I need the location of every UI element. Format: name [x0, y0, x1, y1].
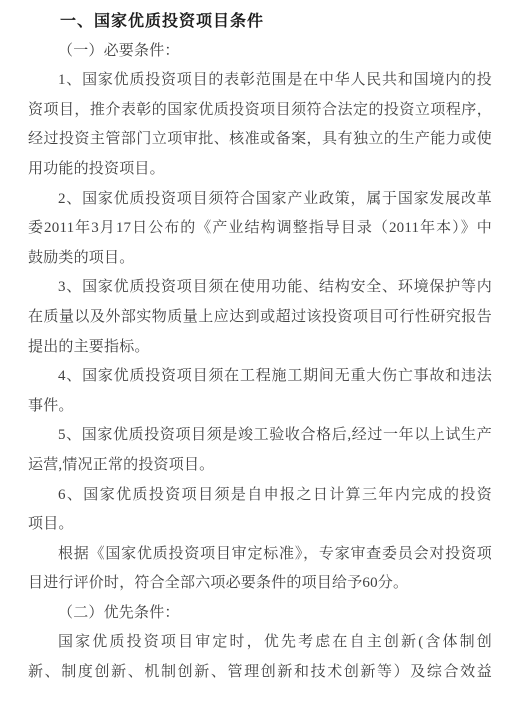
section-heading: 一、国家优质投资项目条件	[28, 7, 492, 37]
subsection-heading: （一）必要条件：	[28, 37, 492, 67]
text-line: 5、国家优质投资项目须是竣工验收合格后,经过一年以上试生产	[28, 421, 492, 451]
text-line: 目进行评价时，符合全部六项必要条件的项目给予60分。	[28, 569, 492, 599]
text-line: 资项目，推介表彰的国家优质投资项目须符合法定的投资立项程序，	[28, 96, 492, 126]
text-line: 新、制度创新、机制创新、管理创新和技术创新等）及综合效益	[28, 658, 492, 688]
text-line: 4、国家优质投资项目须在工程施工期间无重大伤亡事故和违法	[28, 362, 492, 392]
paragraph: 国家优质投资项目审定时，优先考虑在自主创新(含体制创新、制度创新、机制创新、管理…	[28, 628, 492, 687]
document-page: 一、国家优质投资项目条件 （一）必要条件：1、国家优质投资项目的表彰范围是在中华…	[0, 0, 519, 722]
document-body: （一）必要条件：1、国家优质投资项目的表彰范围是在中华人民共和国境内的投资项目，…	[28, 37, 492, 688]
text-line: 事件。	[28, 392, 492, 422]
text-line: 在质量以及外部实物质量上应达到或超过该投资项目可行性研究报告	[28, 303, 492, 333]
paragraph: 2、国家优质投资项目须符合国家产业政策，属于国家发展改革委2011年3月17日公…	[28, 185, 492, 274]
paragraph: 3、国家优质投资项目须在使用功能、结构安全、环境保护等内在质量以及外部实物质量上…	[28, 273, 492, 362]
text-line: 3、国家优质投资项目须在使用功能、结构安全、环境保护等内	[28, 273, 492, 303]
paragraph: 1、国家优质投资项目的表彰范围是在中华人民共和国境内的投资项目，推介表彰的国家优…	[28, 66, 492, 184]
paragraph: 4、国家优质投资项目须在工程施工期间无重大伤亡事故和违法事件。	[28, 362, 492, 421]
subsection-heading: （二）优先条件：	[28, 599, 492, 629]
text-line: 根据《国家优质投资项目审定标准》，专家审查委员会对投资项	[28, 540, 492, 570]
paragraph: 5、国家优质投资项目须是竣工验收合格后,经过一年以上试生产运营,情况正常的投资项…	[28, 421, 492, 480]
text-line: 1、国家优质投资项目的表彰范围是在中华人民共和国境内的投	[28, 66, 492, 96]
text-line: 国家优质投资项目审定时，优先考虑在自主创新(含体制创	[28, 628, 492, 658]
text-line: 鼓励类的项目。	[28, 244, 492, 274]
text-line: （二）优先条件：	[28, 599, 492, 629]
text-line: 2、国家优质投资项目须符合国家产业政策，属于国家发展改革	[28, 185, 492, 215]
text-line: 运营,情况正常的投资项目。	[28, 451, 492, 481]
paragraph: 根据《国家优质投资项目审定标准》，专家审查委员会对投资项目进行评价时，符合全部六…	[28, 540, 492, 599]
text-line: 6、国家优质投资项目须是自申报之日计算三年内完成的投资	[28, 481, 492, 511]
text-line: 用功能的投资项目。	[28, 155, 492, 185]
text-line: 项目。	[28, 510, 492, 540]
text-line: 提出的主要指标。	[28, 333, 492, 363]
text-line: （一）必要条件：	[28, 37, 492, 67]
text-line: 经过投资主管部门立项审批、核准或备案，具有独立的生产能力或使	[28, 125, 492, 155]
text-line: 委2011年3月17日公布的《产业结构调整指导目录（2011年本）》中	[28, 214, 492, 244]
paragraph: 6、国家优质投资项目须是自申报之日计算三年内完成的投资项目。	[28, 481, 492, 540]
